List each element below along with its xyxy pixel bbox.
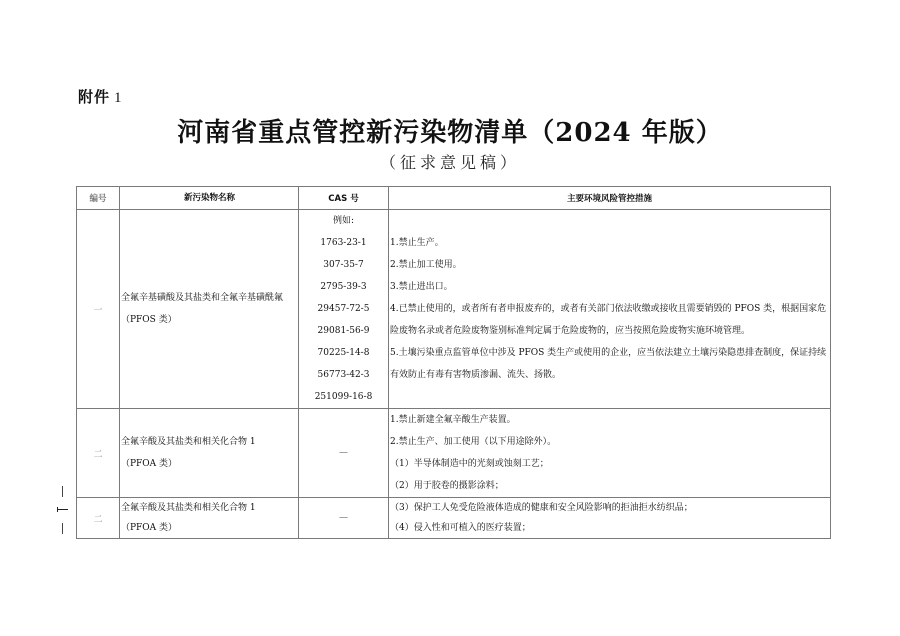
cas-number: 2795-39-3 [299,276,388,298]
pollutant-name: 全氟辛酸及其盐类和相关化合物 1 （PFOA 类） [120,409,299,498]
row-number: 二 [77,409,120,498]
col-header-number: 编号 [77,187,120,210]
cas-number: 70225-14-8 [299,342,388,364]
control-measures: 1.禁止生产。 2.禁止加工使用。 3.禁止进出口。 4.已禁止使用的，或者所有… [389,210,831,409]
cas-number: 29081-56-9 [299,320,388,342]
attachment-text: 附件 [78,88,110,106]
table-header-row: 编号 新污染物名称 CAS 号 主要环境风险管控措施 [77,187,831,210]
pollutant-name: 全氟辛基磺酸及其盐类和全氟辛基磺酰氟 （PFOS 类） [120,210,299,409]
col-header-measures: 主要环境风险管控措施 [389,187,831,210]
page-number-glyph [57,509,68,510]
table-row: 二 全氟辛酸及其盐类和相关化合物 1 （PFOA 类） — 1.禁止新建全氟辛酸… [77,409,831,498]
cas-number: 251099-16-8 [299,386,388,408]
pollutant-name: 全氟辛酸及其盐类和相关化合物 1 （PFOA 类） [120,498,299,539]
pollutant-name-abbr: （PFOA 类） [121,453,298,475]
pollutant-name-line: 全氟辛酸及其盐类和相关化合物 1 [121,498,298,518]
cas-numbers: 例如: 1763-23-1 307-35-7 2795-39-3 29457-7… [299,210,389,409]
measure-item: （2）用于胶卷的摄影涂料； [390,475,830,497]
cas-numbers: — [299,498,389,539]
cas-number: 29457-72-5 [299,298,388,320]
measure-item: 5.土壤污染重点监管单位中涉及 PFOS 类生产或使用的企业，应当依法建立土壤污… [390,342,830,386]
pollutant-name-line: 全氟辛酸及其盐类和相关化合物 1 [121,431,298,453]
pollutant-list-table: 编号 新污染物名称 CAS 号 主要环境风险管控措施 一 全氟辛基磺酸及其盐类和… [76,186,831,539]
measure-item: 2.禁止生产、加工使用（以下用途除外）。 [390,431,830,453]
table-row: 一 全氟辛基磺酸及其盐类和全氟辛基磺酰氟 （PFOS 类） 例如: 1763-2… [77,210,831,409]
cas-numbers: — [299,409,389,498]
measure-item: 4.已禁止使用的，或者所有者申报废弃的，或者有关部门依法收缴或接收且需要销毁的 … [390,298,830,342]
cas-number: 56773-42-3 [299,364,388,386]
col-header-name: 新污染物名称 [120,187,299,210]
measure-item: 3.禁止进出口。 [390,276,830,298]
pollutant-name-abbr: （PFOA 类） [121,518,298,538]
measure-item: 1.禁止新建全氟辛酸生产装置。 [390,409,830,431]
row-number: 二 [77,498,120,539]
page-number-marker [58,486,68,534]
page-dash-bottom [62,523,63,534]
attachment-label: 附件1 [78,86,123,107]
document-subtitle: （征求意见稿） [0,150,900,173]
table-row: 二 全氟辛酸及其盐类和相关化合物 1 （PFOA 类） — （3）保护工人免受危… [77,498,831,539]
pollutant-name-line: 全氟辛基磺酸及其盐类和全氟辛基磺酰氟 [121,287,298,309]
attachment-number: 1 [114,90,123,106]
cas-number: 1763-23-1 [299,232,388,254]
control-measures: 1.禁止新建全氟辛酸生产装置。 2.禁止生产、加工使用（以下用途除外）。 （1）… [389,409,831,498]
measure-item: （3）保护工人免受危险液体造成的健康和安全风险影响的拒油拒水纺织品； [390,498,830,518]
control-measures: （3）保护工人免受危险液体造成的健康和安全风险影响的拒油拒水纺织品； （4）侵入… [389,498,831,539]
document-title: 河南省重点管控新污染物清单（2024 年版） [0,112,900,149]
cas-number: 307-35-7 [299,254,388,276]
measure-item: （4）侵入性和可植入的医疗装置； [390,518,830,538]
measure-item: 1.禁止生产。 [390,232,830,254]
measure-item: （1）半导体制造中的光刻或蚀刻工艺； [390,453,830,475]
measure-item: 2.禁止加工使用。 [390,254,830,276]
page-dash-top [62,486,63,497]
cas-example-label: 例如: [299,210,388,232]
pollutant-name-abbr: （PFOS 类） [121,309,298,331]
row-number: 一 [77,210,120,409]
col-header-cas: CAS 号 [299,187,389,210]
